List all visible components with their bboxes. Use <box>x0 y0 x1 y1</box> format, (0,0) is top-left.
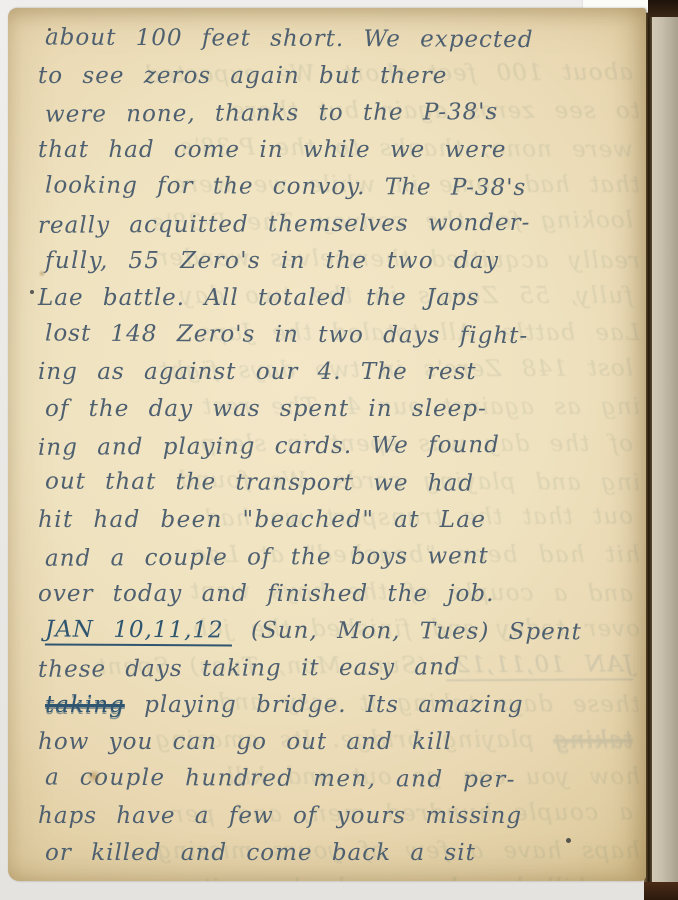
line-text: how you can go out and kill <box>38 729 452 755</box>
line-text: and a couple of the boys went <box>45 543 489 572</box>
line-text: looking for the convoy. The P-38's <box>45 172 526 201</box>
line-text: playing bridge. Its amazing <box>125 692 524 718</box>
line-text: fully, 55 Zero's in the two day <box>45 248 499 274</box>
line-text: of the day was spent in sleep- <box>45 396 487 422</box>
book-cover-corner-bottom <box>644 882 678 900</box>
handwritten-line: that had come in while we were <box>38 132 636 169</box>
book-cover-corner-top <box>648 0 678 17</box>
book-scan: about 100 feet short. We expectedto see … <box>0 0 678 900</box>
line-text: really acquitted themselves wonder- <box>38 210 531 239</box>
handwritten-line: ing and playing cards. We found <box>38 426 636 467</box>
handwritten-line: haps have a few of yours missing <box>38 798 636 835</box>
handwritten-line: about 100 feet short. We expected <box>38 19 636 59</box>
line-text: or killed and come back a sit <box>45 840 476 866</box>
line-text: about 100 feet short. We expected <box>45 24 534 53</box>
crossed-out-word: taking <box>45 692 125 718</box>
line-text: lost 148 Zero's in two days fight- <box>45 320 528 349</box>
handwritten-line: these days taking it easy and <box>38 648 636 689</box>
handwritten-line: Lae battle. All totaled the Japs <box>38 280 636 317</box>
handwritten-line: hit had been "beached" at Lae <box>38 502 636 539</box>
line-text: hit had been "beached" at Lae <box>38 507 486 533</box>
handwritten-line: a couple hundred men, and per- <box>38 759 636 799</box>
handwriting-lines: about 100 feet short. We expectedto see … <box>38 21 636 872</box>
line-text: over today and finished the job. <box>38 581 494 607</box>
handwritten-line: out that the transport we had <box>38 463 636 503</box>
line-text: out that the transport we had <box>45 468 474 496</box>
entry-date-heading: JAN 10,11,12 <box>45 616 232 646</box>
line-text: ing as against our 4. The rest <box>38 359 477 385</box>
line-text: were none, thanks to the P-38's <box>45 99 498 128</box>
handwritten-line: taking playing bridge. Its amazing <box>38 687 636 724</box>
line-text: that had come in while we were <box>38 137 506 163</box>
line-text: ing and playing cards. We found <box>38 432 500 461</box>
handwritten-line: JAN 10,11,12 (Sun, Mon, Tues) Spent <box>38 611 636 651</box>
line-text: (Sun, Mon, Tues) Spent <box>232 617 582 645</box>
handwritten-line: and a couple of the boys went <box>38 537 636 578</box>
line-text: a couple hundred men, and per- <box>45 764 516 792</box>
handwritten-line: ing as against our 4. The rest <box>38 354 636 391</box>
line-text: to see zeros again but there <box>38 63 447 89</box>
handwritten-line: were none, thanks to the P-38's <box>38 93 636 134</box>
line-text: or killed and come back a sit <box>202 875 633 881</box>
handwritten-line: fully, 55 Zero's in the two day <box>38 243 636 280</box>
line-text: haps have a few of yours missing <box>38 803 522 829</box>
handwritten-line: over today and finished the job. <box>38 576 636 613</box>
adjacent-page-edge <box>652 0 678 900</box>
line-text: Lae battle. All totaled the Japs <box>38 285 480 311</box>
handwritten-line: of the day was spent in sleep- <box>38 391 636 428</box>
handwritten-line: looking for the convoy. The P-38's <box>38 167 636 207</box>
line-text: these days taking it easy and <box>38 654 461 683</box>
ink-speck <box>30 290 34 294</box>
handwritten-line: to see zeros again but there <box>38 58 636 95</box>
diary-page: about 100 feet short. We expectedto see … <box>8 8 646 881</box>
handwritten-line: really acquitted themselves wonder- <box>38 204 636 245</box>
handwritten-line: or killed and come back a sit <box>38 835 636 872</box>
handwritten-line: how you can go out and kill <box>38 724 636 761</box>
handwritten-line: lost 148 Zero's in two days fight- <box>38 315 636 355</box>
